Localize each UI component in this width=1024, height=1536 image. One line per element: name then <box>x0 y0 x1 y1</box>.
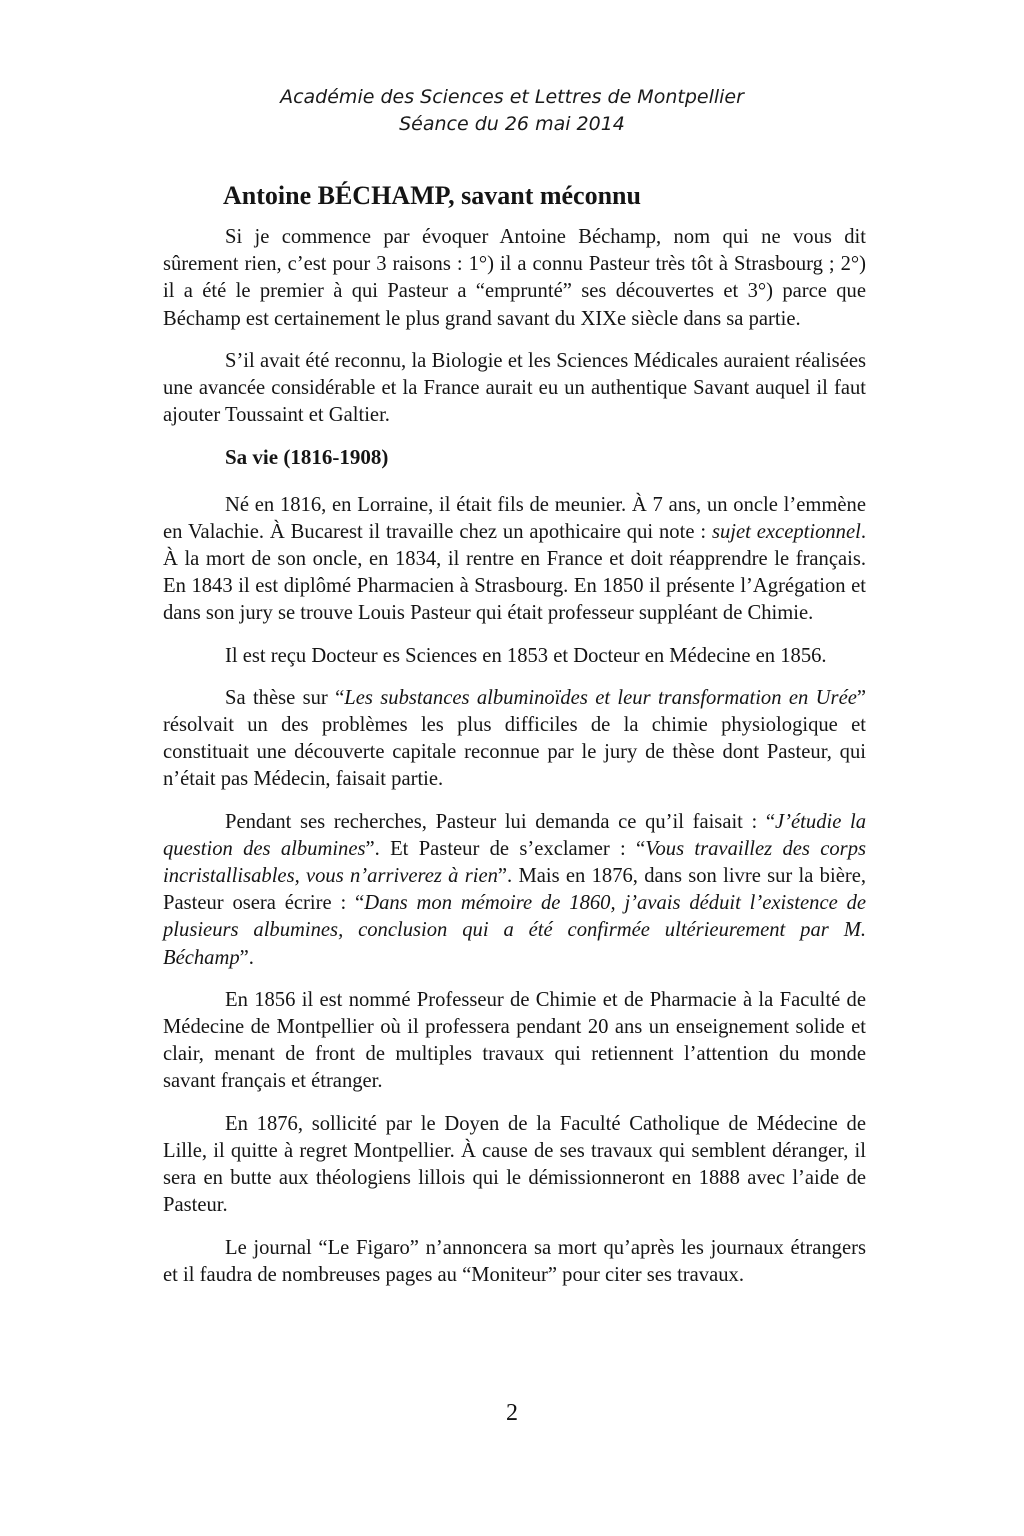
session-date: Séance du 26 mai 2014 <box>0 111 1024 138</box>
italic-text: Les substances albuminoïdes et leur tran… <box>344 687 857 709</box>
text-segment: En 1876, sollicité par le Doyen de la Fa… <box>163 1113 866 1217</box>
section-heading-sa-vie: Sa vie (1816-1908) <box>225 444 866 471</box>
page-number: 2 <box>0 1400 1024 1427</box>
paragraph-doctorate: Il est reçu Docteur es Sciences en 1853 … <box>163 643 866 670</box>
text-segment: Si je commence par évoquer Antoine Bécha… <box>163 226 866 330</box>
page-header: Académie des Sciences et Lettres de Mont… <box>0 84 1024 138</box>
paragraph-albumines: Pendant ses recherches, Pasteur lui dema… <box>163 809 866 972</box>
paragraph-intro: Si je commence par évoquer Antoine Bécha… <box>163 224 866 333</box>
paragraph-death: Le journal “Le Figaro” n’annoncera sa mo… <box>163 1235 866 1289</box>
italic-text: sujet exceptionnel <box>712 521 861 543</box>
text-segment: S’il avait été reconnu, la Biologie et l… <box>163 350 866 426</box>
paragraph-thesis: Sa thèse sur “Les substances albuminoïde… <box>163 685 866 794</box>
document-body: Antoine BÉCHAMP, savant méconnu Si je co… <box>163 180 866 1304</box>
paragraph-lille: En 1876, sollicité par le Doyen de la Fa… <box>163 1111 866 1220</box>
paragraph-montpellier: En 1856 il est nommé Professeur de Chimi… <box>163 987 866 1096</box>
text-segment: ”. <box>240 947 254 969</box>
academy-name: Académie des Sciences et Lettres de Mont… <box>0 84 1024 111</box>
text-segment: Sa thèse sur “ <box>225 687 344 709</box>
text-segment: En 1856 il est nommé Professeur de Chimi… <box>163 989 866 1093</box>
text-segment: Il est reçu Docteur es Sciences en 1853 … <box>225 645 827 667</box>
paragraph-birth: Né en 1816, en Lorraine, il était fils d… <box>163 492 866 628</box>
text-segment: ”. Et Pasteur de s’exclamer : “ <box>366 838 646 860</box>
text-segment: Pendant ses recherches, Pasteur lui dema… <box>225 811 775 833</box>
paragraph-recognition: S’il avait été reconnu, la Biologie et l… <box>163 348 866 430</box>
document-title: Antoine BÉCHAMP, savant méconnu <box>223 180 866 212</box>
text-segment: Le journal “Le Figaro” n’annoncera sa mo… <box>163 1237 866 1286</box>
